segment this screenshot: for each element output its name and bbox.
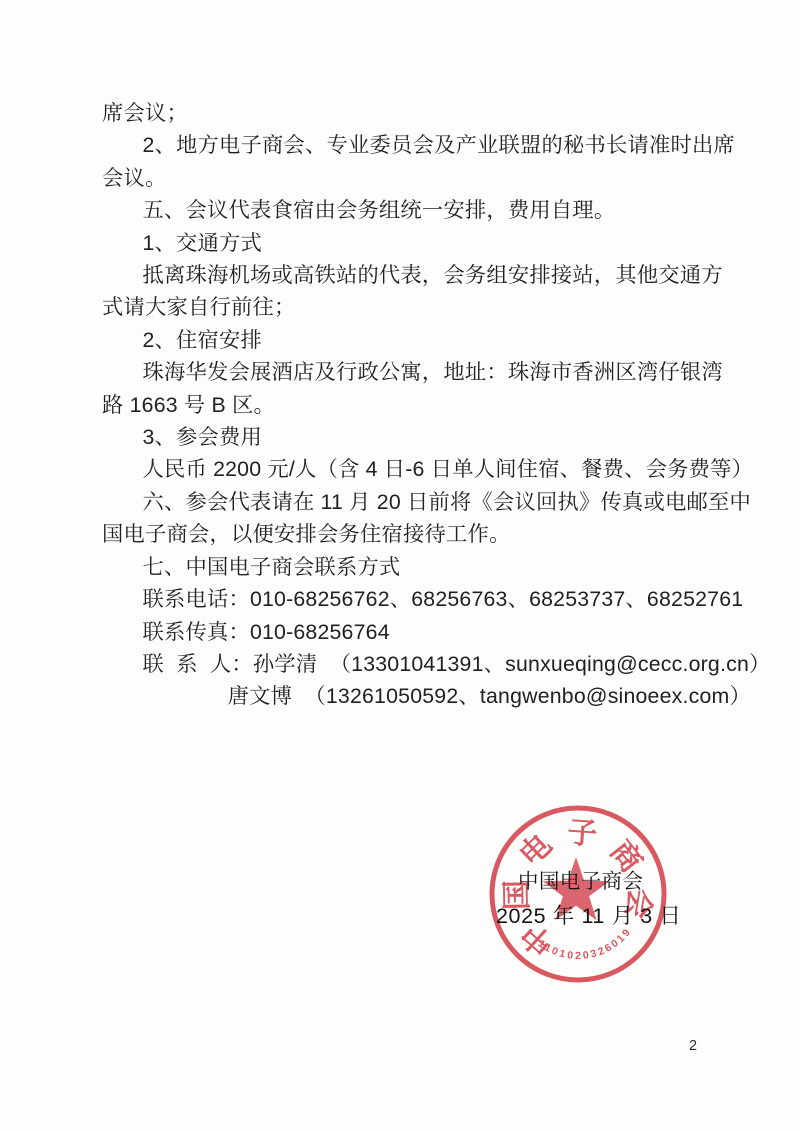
document-line: 2、地方电子商会、专业委员会及产业联盟的秘书长请准时出席 [102, 129, 762, 161]
signature-date: 2025 年 11 月 3 日 [496, 899, 681, 930]
document-line: 唐文博 （13261050592、tangwenbo@sinoeex.com） [102, 680, 762, 712]
document-line: 联系传真：010-68256764 [102, 616, 762, 648]
document-line: 3、参会费用 [102, 421, 762, 453]
document-line: 联 系 人：孙学清 （13301041391、sunxueqing@cecc.o… [102, 648, 762, 680]
document-line: 七、中国电子商会联系方式 [102, 551, 762, 583]
document-line: 式请大家自行前往； [102, 291, 762, 323]
document-line: 六、参会代表请在 11 月 20 日前将《会议回执》传真或电邮至中 [102, 486, 762, 518]
document-text: 席会议；2、地方电子商会、专业委员会及产业联盟的秘书长请准时出席会议。五、会议代… [102, 97, 762, 713]
document-line: 人民币 2200 元/人（含 4 日-6 日单人间住宿、餐费、会务费等） [102, 453, 762, 485]
document-line: 1、交通方式 [102, 227, 762, 259]
document-line: 联系电话：010-68256762、68256763、68253737、6825… [102, 583, 762, 615]
document-line: 五、会议代表食宿由会务组统一安排，费用自理。 [102, 194, 762, 226]
seal-arc-char: 子 [566, 816, 598, 851]
document-line: 路 1663 号 B 区。 [102, 389, 762, 421]
document-line: 抵离珠海机场或高铁站的代表，会务组安排接站，其他交通方 [102, 259, 762, 291]
document-line: 席会议； [102, 97, 762, 129]
page-number: 2 [689, 1038, 697, 1054]
document-line: 珠海华发会展酒店及行政公寓，地址：珠海市香洲区湾仔银湾 [102, 356, 762, 388]
scanned-document-page: 席会议；2、地方电子商会、专业委员会及产业联盟的秘书长请准时出席会议。五、会议代… [0, 0, 800, 1131]
document-line: 会议。 [102, 162, 762, 194]
document-line: 2、住宿安排 [102, 324, 762, 356]
signature-org: 中国电子商会 [518, 864, 643, 894]
document-line: 国电子商会，以便安排会务住宿接待工作。 [102, 518, 762, 550]
